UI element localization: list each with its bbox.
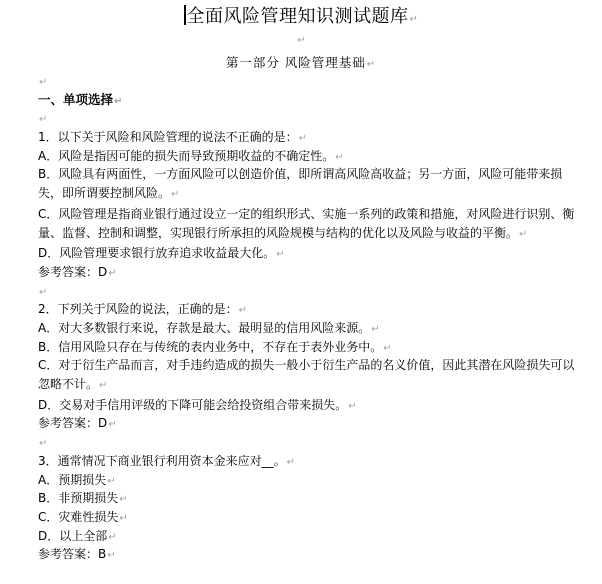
paragraph-mark-icon: ↵ [371,324,379,335]
paragraph-mark-icon: ↵ [108,268,116,279]
question-2: 2．下列关于风险的说法，正确的是：↵ A．对大多数银行来说，存款是最大、最明显的… [38,300,578,433]
question-stem: 1．以下关于风险和风险管理的说法不正确的是：↵ [38,128,578,147]
paragraph-mark-icon: ↵ [287,457,295,468]
blank-line: ↵ [38,109,578,128]
question-1: 1．以下关于风险和风险管理的说法不正确的是：↵ A．风险是指因可能的损失而导致预… [38,128,578,282]
option-b: B．信用风险只存在与传统的表内业务中，不存在于表外业务中。↵ [38,338,578,357]
paragraph-mark-icon: ↵ [39,438,47,449]
section-heading-line: 一、单项选择↵ [38,91,578,110]
option-text: C．灾难性损失 [38,510,118,524]
paragraph-mark-icon: ↵ [367,59,376,70]
answer-text: 参考答案：B [38,547,106,561]
paragraph-mark-icon: ↵ [239,305,247,316]
paragraph-mark-icon: ↵ [119,513,127,524]
paragraph-mark-icon: ↵ [114,96,122,107]
blank-line: ↵ [38,72,578,91]
paragraph-mark-icon: ↵ [297,35,305,46]
option-b: B．风险具有两面性，一方面风险可以创造价值，即所谓高风险高收益；另一方面，风险可… [38,165,578,204]
question-stem-text: 2．下列关于风险的说法，正确的是： [38,302,238,316]
paragraph-mark-icon: ↵ [39,77,47,88]
section-heading: 一、单项选择 [38,92,113,107]
option-text: C．风险管理是指商业银行通过设立一定的组织形式、实施一系列的政策和措施，对风险进… [38,207,574,240]
text-cursor [184,5,186,25]
paragraph-mark-icon: ↵ [107,476,115,487]
option-text: B．非预期损失 [38,491,118,505]
part-subtitle: 第一部分 风险管理基础 [226,55,366,70]
option-b: B．非预期损失↵ [38,489,578,508]
paragraph-mark-icon: ↵ [171,189,179,200]
option-text: C．对于衍生产品而言，对手违约造成的损失一般小于衍生产品的名义价值，因此其潜在风… [38,358,574,391]
paragraph-mark-icon: ↵ [519,229,527,240]
paragraph-mark-icon: ↵ [108,532,116,543]
paragraph-mark-icon: ↵ [39,114,47,125]
paragraph-mark-icon: ↵ [39,287,47,298]
paragraph-mark-icon: ↵ [335,152,343,163]
option-text: B．信用风险只存在与传统的表内业务中，不存在于表外业务中。 [38,340,382,354]
answer: 参考答案：B↵ [38,545,578,564]
document-title-line: 全面风险管理知识测试题库↵ [0,5,602,31]
question-stem-text: 1．以下关于风险和风险管理的说法不正确的是： [38,130,298,144]
part-subtitle-line: 第一部分 风险管理基础↵ [0,54,602,74]
paragraph-mark-icon: ↵ [383,343,391,354]
paragraph-mark-icon: ↵ [299,133,307,144]
paragraph-mark-icon: ↵ [99,380,107,391]
option-c: C．风险管理是指商业银行通过设立一定的组织形式、实施一系列的政策和措施，对风险进… [38,205,578,244]
blank-line: ↵ [38,433,578,452]
question-3: 3．通常情况下商业银行利用资本金来应对__。↵ A．预期损失↵ B．非预期损失↵… [38,452,578,564]
answer-text: 参考答案：D [38,416,107,430]
option-d: D．交易对手信用评级的下降可能会给投资组合带来损失。↵ [38,396,578,415]
question-stem-text: 3．通常情况下商业银行利用资本金来应对__。 [38,454,286,468]
option-a: A．预期损失↵ [38,471,578,490]
option-d: D．以上全部↵ [38,527,578,546]
paragraph-mark-icon: ↵ [276,249,284,260]
question-stem: 3．通常情况下商业银行利用资本金来应对__。↵ [38,452,578,471]
option-a: A．风险是指因可能的损失而导致预期收益的不确定性。↵ [38,147,578,166]
answer: 参考答案：D↵ [38,414,578,433]
option-c: C．灾难性损失↵ [38,508,578,527]
option-c: C．对于衍生产品而言，对手违约造成的损失一般小于衍生产品的名义价值，因此其潜在风… [38,356,578,395]
option-text: B．风险具有两面性，一方面风险可以创造价值，即所谓高风险高收益；另一方面，风险可… [38,167,562,200]
option-text: D．以上全部 [38,529,107,543]
option-a: A．对大多数银行来说，存款是最大、最明显的信用风险来源。↵ [38,319,578,338]
option-text: A．预期损失 [38,473,106,487]
blank-line: ↵ [0,30,602,49]
paragraph-mark-icon: ↵ [119,494,127,505]
blank-line: ↵ [38,282,578,301]
document-title: 全面风险管理知识测试题库 [187,6,409,27]
paragraph-mark-icon: ↵ [108,419,116,430]
answer-text: 参考答案：D [38,265,107,279]
paragraph-mark-icon: ↵ [410,14,419,25]
question-stem: 2．下列关于风险的说法，正确的是：↵ [38,300,578,319]
document-page[interactable]: 全面风险管理知识测试题库↵ ↵ 第一部分 风险管理基础↵ ↵ 一、单项选择↵ ↵… [0,0,602,584]
option-text: D．风险管理要求银行放弃追求收益最大化。 [38,246,275,260]
option-text: D．交易对手信用评级的下降可能会给投资组合带来损失。 [38,398,347,412]
paragraph-mark-icon: ↵ [348,401,356,412]
option-d: D．风险管理要求银行放弃追求收益最大化。↵ [38,244,578,263]
option-text: A．对大多数银行来说，存款是最大、最明显的信用风险来源。 [38,321,370,335]
document-body: ↵ 一、单项选择↵ ↵ 1．以下关于风险和风险管理的说法不正确的是：↵ A．风险… [38,72,578,564]
answer: 参考答案：D↵ [38,263,578,282]
paragraph-mark-icon: ↵ [107,550,115,561]
option-text: A．风险是指因可能的损失而导致预期收益的不确定性。 [38,149,334,163]
